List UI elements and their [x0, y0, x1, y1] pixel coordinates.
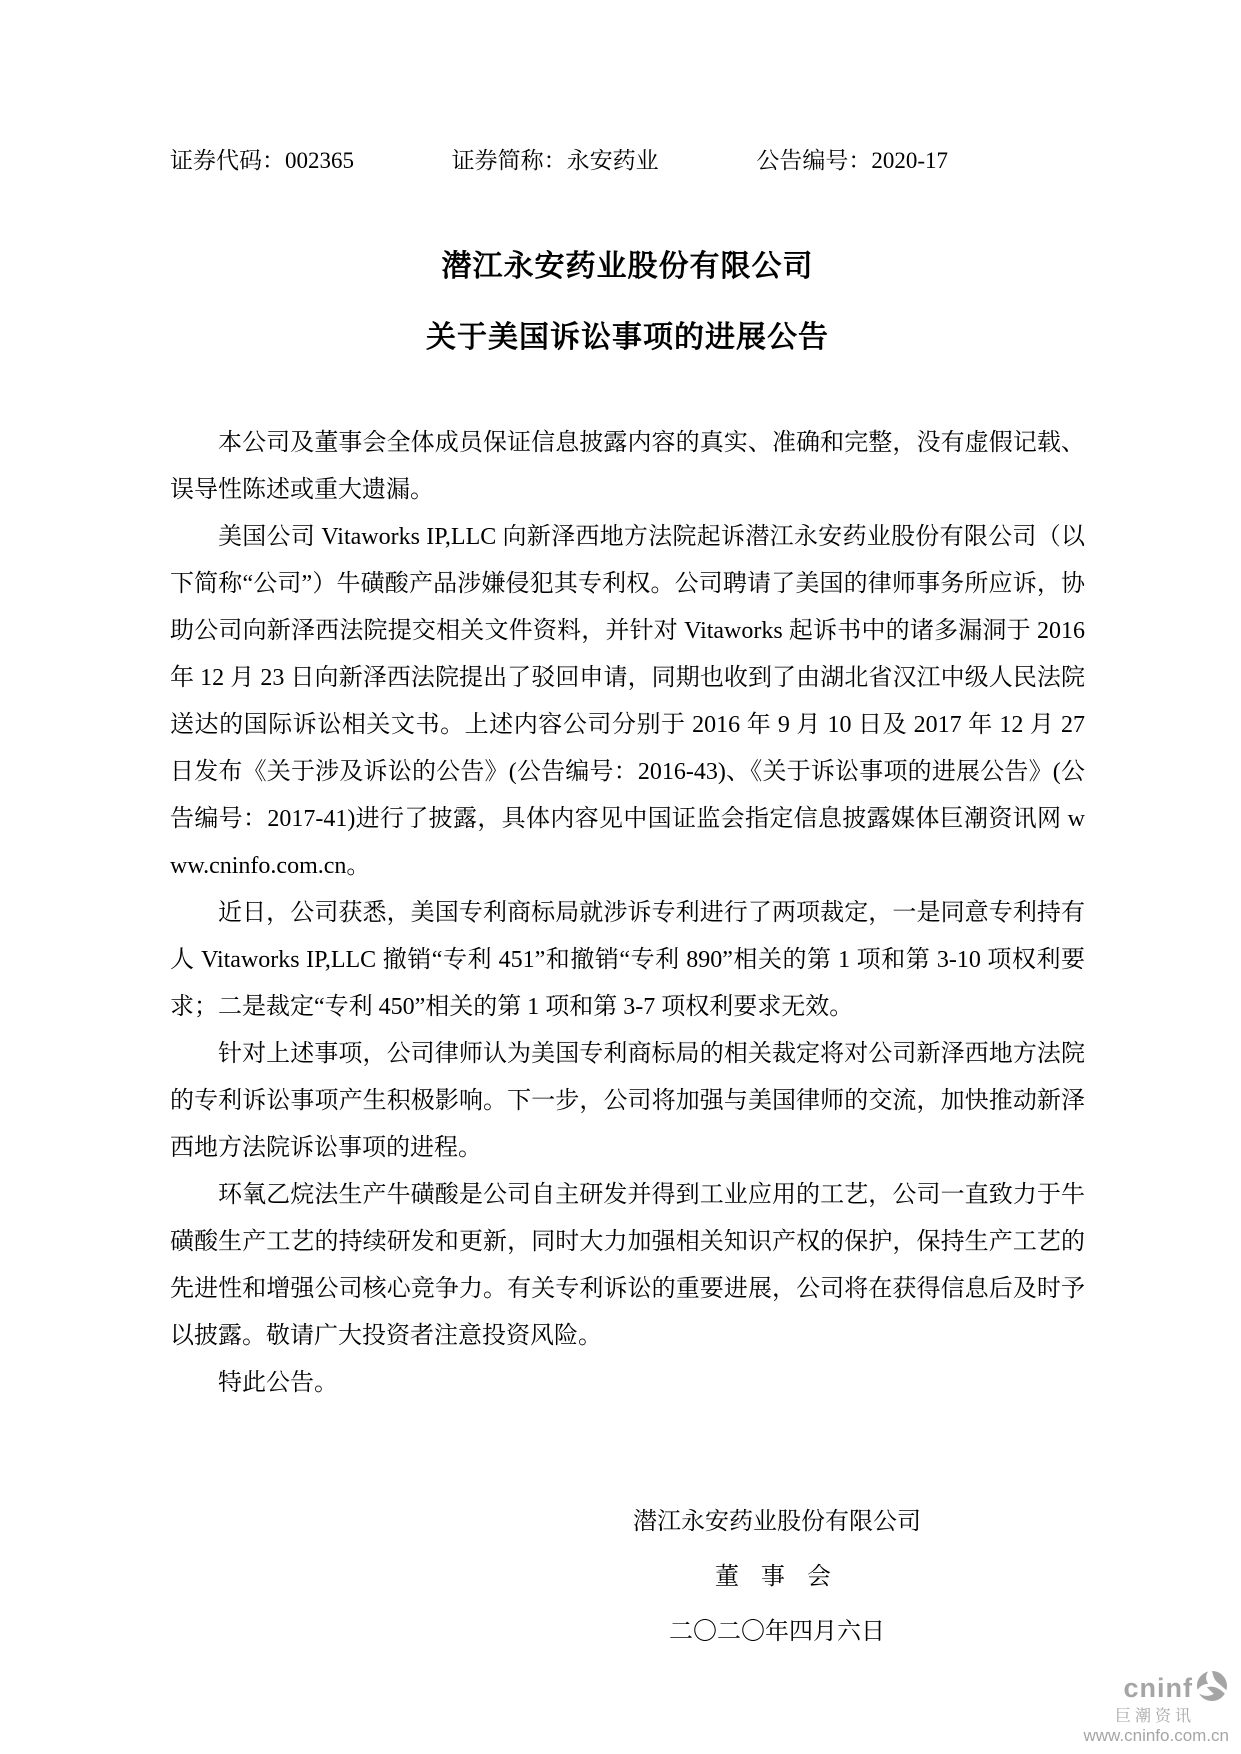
signature-board: 董 事 会	[633, 1550, 921, 1605]
cninfo-swirl-icon	[1195, 1669, 1229, 1708]
signature-company: 潜江永安药业股份有限公司	[633, 1495, 921, 1550]
cninfo-brand-cn: 巨潮资讯	[1084, 1708, 1196, 1726]
stock-name: 证券简称：永安药业	[452, 142, 659, 175]
header-meta-row: 证券代码：002365 证券简称：永安药业 公告编号：2020-17	[170, 142, 948, 175]
announcement-number: 公告编号：2020-17	[756, 142, 948, 175]
paragraph-impact: 针对上述事项，公司律师认为美国专利商标局的相关裁定将对公司新泽西地方法院的专利诉…	[170, 1031, 1085, 1172]
cninfo-logo-text: cninf	[1124, 1673, 1194, 1704]
cninfo-watermark: cninf 巨潮资讯 www.cninfo.com.cn	[1084, 1669, 1230, 1746]
announcement-page: 证券代码：002365 证券简称：永安药业 公告编号：2020-17 潜江永安药…	[0, 0, 1241, 1754]
document-title-company: 潜江永安药业股份有限公司	[170, 241, 1085, 285]
document-title-subject: 关于美国诉讼事项的进展公告	[170, 312, 1085, 356]
paragraph-background: 美国公司 Vitaworks IP,LLC 向新泽西地方法院起诉潜江永安药业股份…	[170, 514, 1085, 890]
paragraph-risk-note: 环氧乙烷法生产牛磺酸是公司自主研发并得到工业应用的工艺，公司一直致力于牛磺酸生产…	[170, 1172, 1085, 1360]
signature-block: 潜江永安药业股份有限公司 董 事 会 二〇二〇年四月六日	[170, 1495, 1085, 1660]
signature-date: 二〇二〇年四月六日	[633, 1605, 921, 1660]
paragraph-disclaimer: 本公司及董事会全体成员保证信息披露内容的真实、准确和完整，没有虚假记载、误导性陈…	[170, 420, 1085, 514]
cninfo-url: www.cninfo.com.cn	[1084, 1726, 1230, 1746]
document-body: 本公司及董事会全体成员保证信息披露内容的真实、准确和完整，没有虚假记载、误导性陈…	[170, 420, 1085, 1407]
stock-code: 证券代码：002365	[170, 142, 354, 175]
paragraph-rulings: 近日，公司获悉，美国专利商标局就涉诉专利进行了两项裁定，一是同意专利持有人 Vi…	[170, 890, 1085, 1031]
paragraph-closing: 特此公告。	[170, 1360, 1085, 1407]
